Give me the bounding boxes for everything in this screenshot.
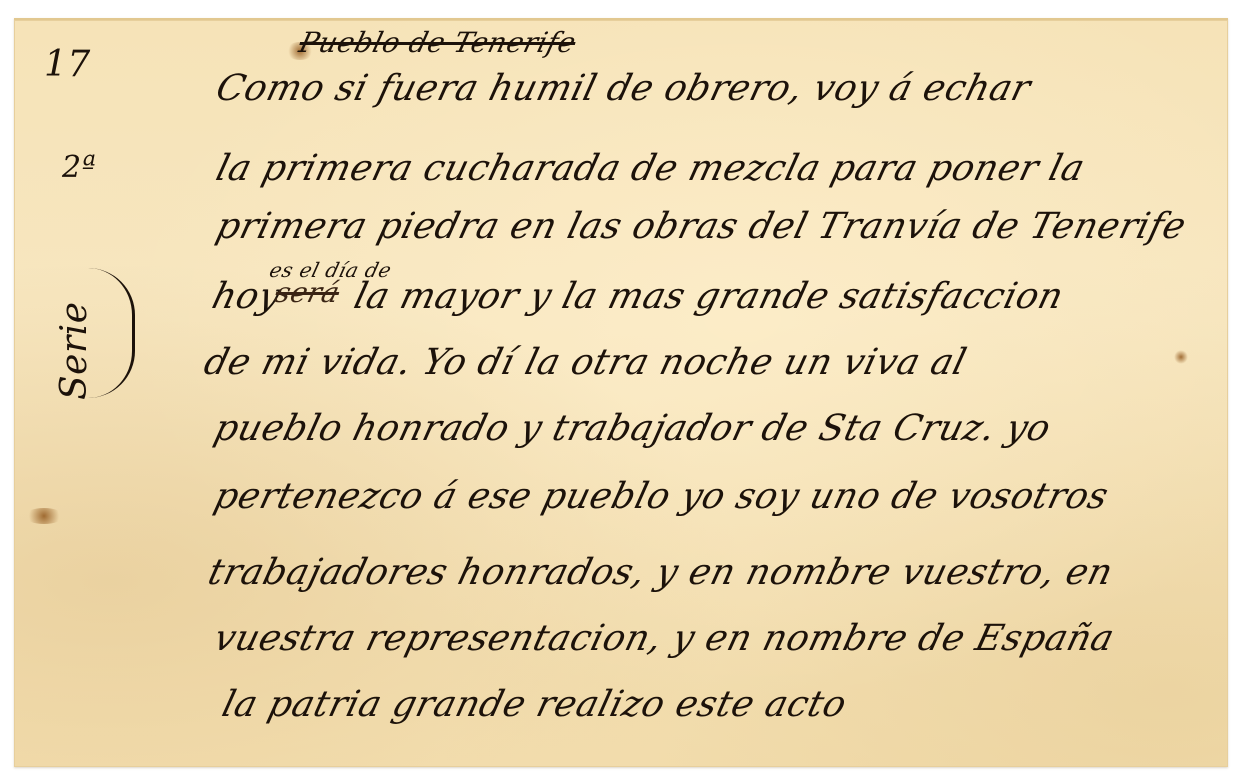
- text-line-10: la patria grande realizo este acto: [218, 684, 851, 725]
- text-line-6: pueblo honrado y trabajador de Sta Cruz.…: [210, 408, 1055, 449]
- text-line-9: vuestra representacion, y en nombre de E…: [210, 618, 1118, 659]
- text-line-1: Como si fuera humil de obrero, voy á ech…: [212, 68, 1035, 109]
- struck-word: será: [272, 276, 343, 309]
- text-line-3: primera piedra en las obras del Tranvía …: [212, 206, 1190, 247]
- margin-note-top: 2ª: [62, 150, 96, 185]
- text-line-8: trabajadores honrados, y en nombre vuest…: [204, 552, 1117, 593]
- ink-blot: [1174, 350, 1188, 364]
- folio-number: 17: [44, 44, 91, 85]
- text-line-4: la mayor y la mas grande satisfaccion: [350, 276, 1068, 317]
- text-line-7: pertenezco á ese pueblo yo soy uno de vo…: [210, 476, 1113, 517]
- text-line-4-start: hoy: [208, 276, 285, 317]
- text-line-2: la primera cucharada de mezcla para pone…: [212, 148, 1089, 189]
- text-line-5: de mi vida. Yo dí la otra noche un viva …: [200, 342, 971, 383]
- heading: Pueblo de Tenerife: [296, 26, 580, 59]
- paper-stain: [24, 508, 64, 524]
